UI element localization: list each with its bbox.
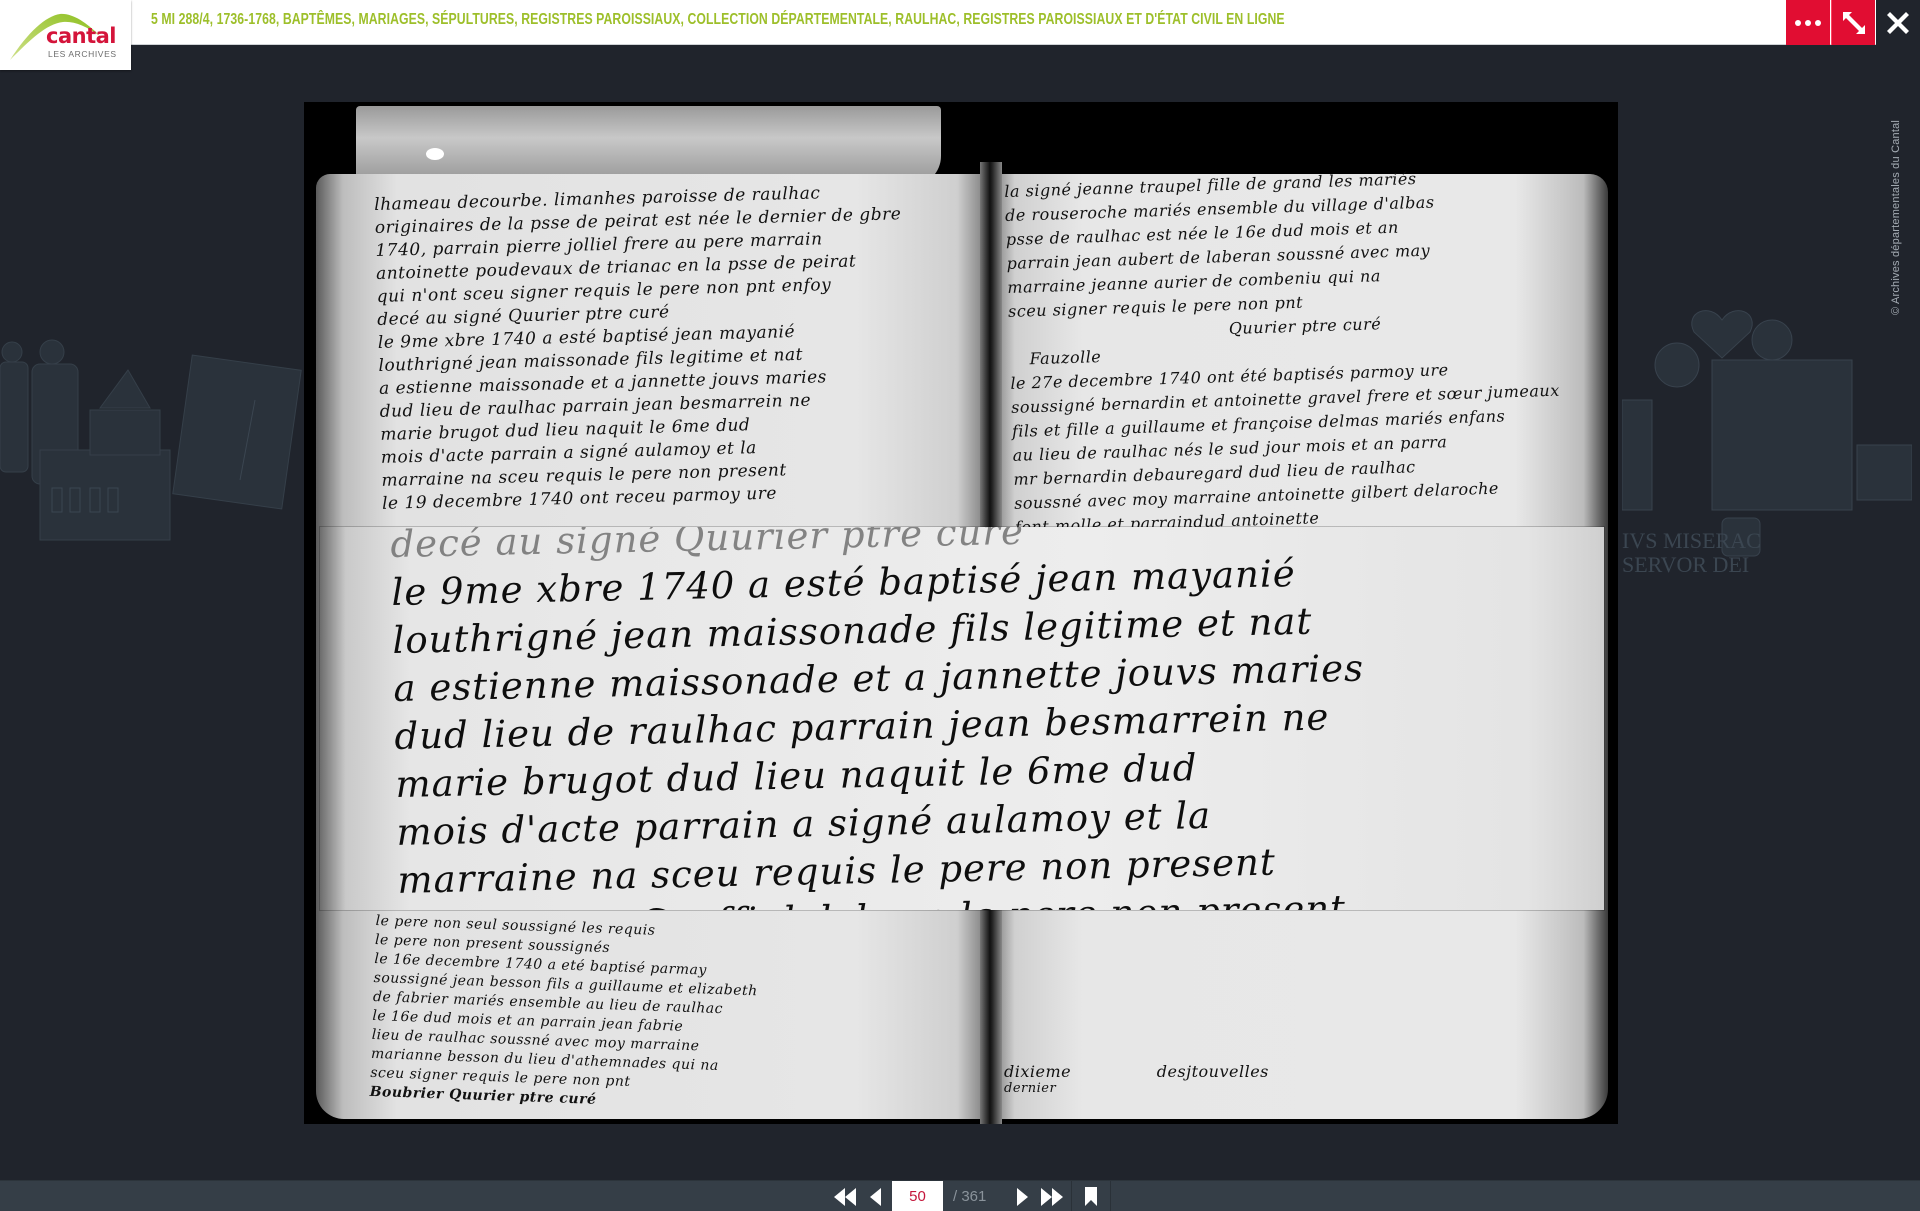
close-button[interactable] — [1876, 0, 1920, 45]
right-page-handwriting: la signé jeanne traupel fille de grand l… — [1004, 163, 1564, 540]
magnified-handwriting: decé au signé Quurier ptre curé le 9me x… — [390, 527, 1371, 910]
pagination-controls: / 361 — [830, 1181, 1115, 1211]
svg-text:SERVOR DEI: SERVOR DEI — [1622, 552, 1749, 577]
expand-arrows-icon — [1841, 10, 1867, 36]
cantal-archives-logo[interactable]: cantal LES ARCHIVES — [0, 0, 131, 70]
total-pages-label: / 361 — [951, 1188, 1007, 1205]
top-header: 5 MI 288/4, 1736-1768, BAPTÊMES, MARIAGE… — [0, 0, 1920, 45]
background-decoration-right: IVS MISERAC SERVOR DEI — [1622, 290, 1912, 590]
logo-wordmark: cantal — [46, 26, 116, 47]
bookmark-button[interactable] — [1076, 1181, 1106, 1211]
lower-left-handwriting: le pere non seul soussigné les requis le… — [369, 912, 760, 1115]
current-page-input[interactable] — [892, 1181, 943, 1211]
background-decoration-left — [0, 300, 310, 570]
bookmark-icon — [1085, 1187, 1097, 1206]
nav-divider — [1110, 1181, 1111, 1211]
logo-subtitle: LES ARCHIVES — [48, 49, 117, 59]
page-navigation-bar: / 361 — [0, 1180, 1920, 1211]
nav-divider — [1071, 1181, 1072, 1211]
next-page-button[interactable] — [1007, 1181, 1037, 1211]
document-image-viewer[interactable]: lhameau decourbe. limanhes paroisse de r… — [304, 102, 1618, 1124]
left-page-handwriting: lhameau decourbe. limanhes paroisse de r… — [374, 180, 909, 516]
last-page-icon — [1041, 1188, 1063, 1206]
document-title: 5 MI 288/4, 1736-1768, BAPTÊMES, MARIAGE… — [151, 11, 1285, 29]
close-x-icon — [1887, 12, 1909, 34]
previous-page-button[interactable] — [860, 1181, 890, 1211]
lower-right-handwriting: dixieme desjtouvelles dernier — [1004, 1062, 1269, 1096]
previous-page-icon — [870, 1188, 881, 1206]
ellipsis-icon — [1795, 20, 1821, 26]
first-page-icon — [834, 1188, 856, 1206]
more-options-button[interactable] — [1786, 0, 1830, 45]
magnifier-lens[interactable]: decé au signé Quurier ptre curé le 9me x… — [320, 527, 1604, 910]
deco-inscription: IVS MISERAC — [1622, 528, 1761, 553]
next-page-icon — [1017, 1188, 1028, 1206]
copyright-notice: © Archives départementales du Cantal — [1890, 120, 1902, 315]
last-page-button[interactable] — [1037, 1181, 1067, 1211]
paper-stain — [426, 148, 444, 160]
first-page-button[interactable] — [830, 1181, 860, 1211]
fullscreen-button[interactable] — [1831, 0, 1875, 45]
